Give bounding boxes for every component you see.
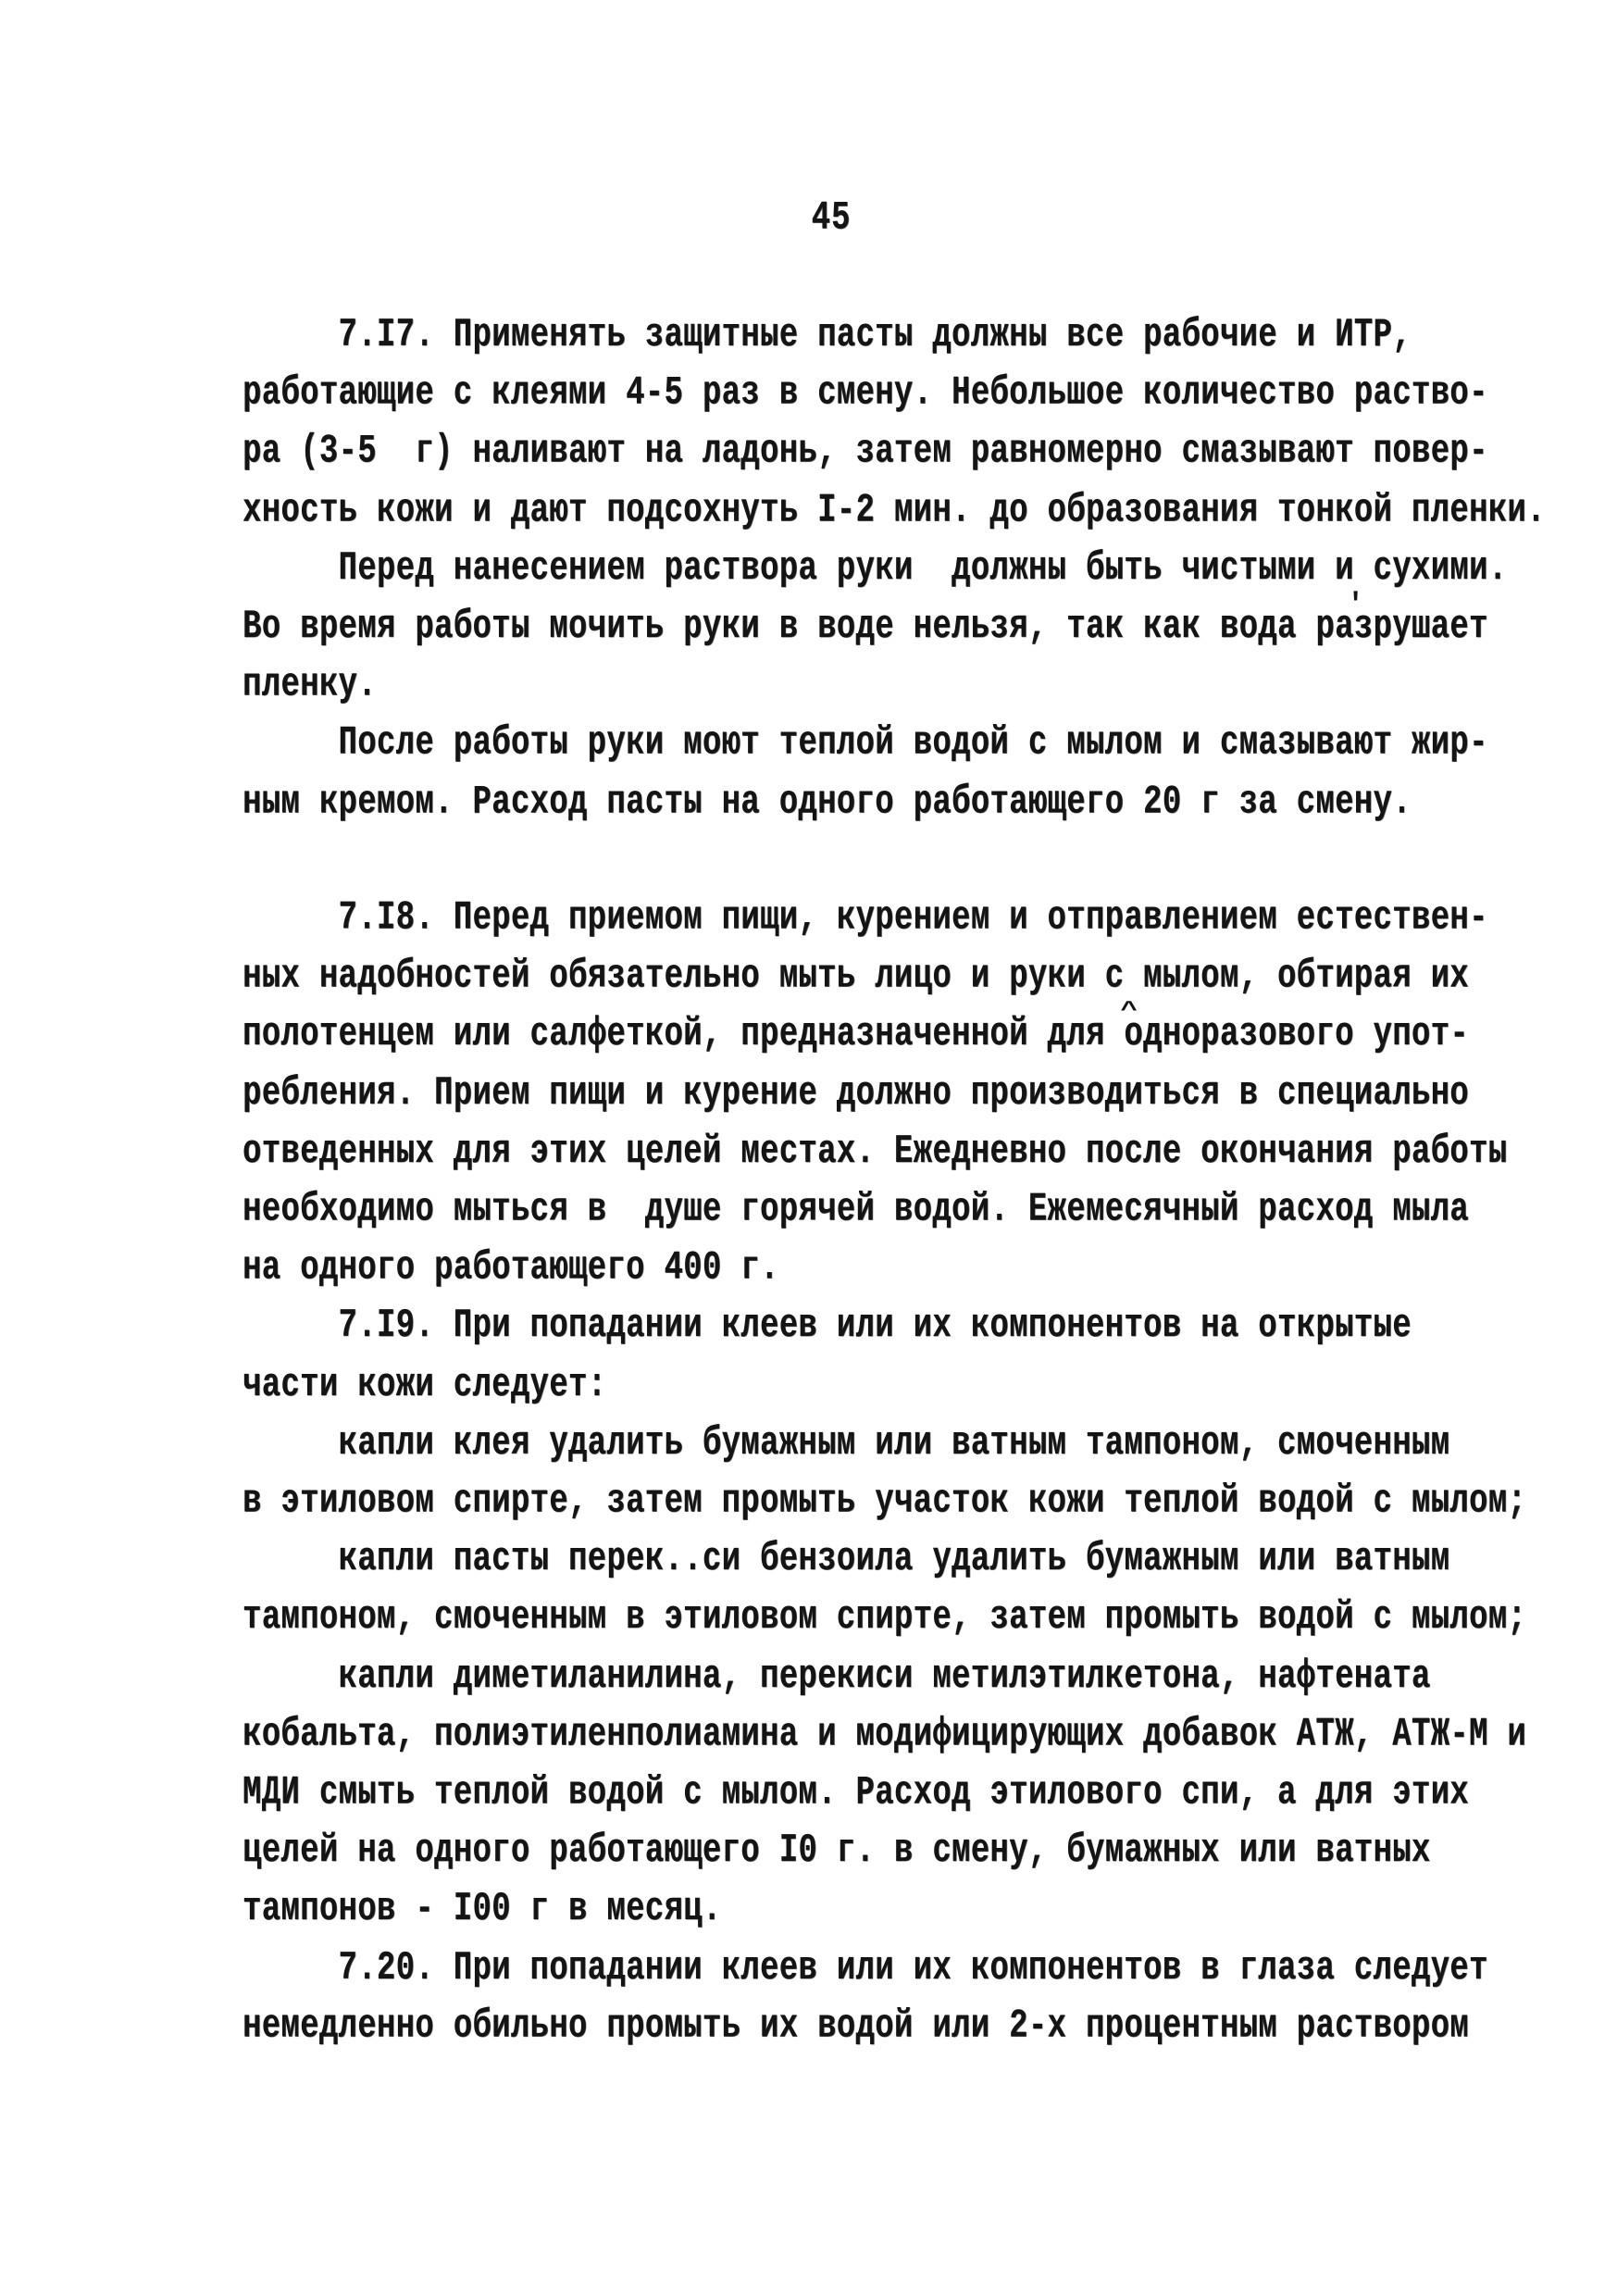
text-line: 7.20. При попадании клеев или их компоне… [243,1940,1566,1998]
document-page: 45 7.I7. Применять защитные пасты должны… [0,0,1617,2296]
text-line: 7.I7. Применять защитные пасты должны вс… [243,307,1566,366]
text-line: тампонов - I00 г в месяц. [243,1881,1566,1940]
text-line: ребления. Прием пищи и курение должно пр… [243,1066,1566,1124]
text-line: 7.I9. При попадании клеев или их компоне… [243,1299,1566,1357]
text-line: на одного работающего 400 г. [243,1241,1566,1299]
text-line: ным кремом. Расход пасты на одного работ… [243,774,1566,832]
text-line: работающие с клеями 4-5 раз в смену. Неб… [243,366,1566,424]
text-line: пленку. [243,657,1566,716]
text-line: капли диметиланилина, перекиси метилэтил… [243,1649,1566,1707]
text-line: Во время работы мочить руки в воде нельз… [243,599,1566,657]
text-line: необходимо мыться в душе горячей водой. … [243,1182,1566,1241]
text-line: полотенцем или салфеткой, предназначенно… [243,1007,1566,1066]
text-line: Перед нанесением раствора руки должны бы… [243,541,1566,599]
text-line: капли пасты перек..си бензоила удалить б… [243,1532,1566,1591]
text-line: ных надобностей обязательно мыть лицо и … [243,949,1566,1007]
page-number: 45 [812,196,852,242]
text-line: МДИ смыть теплой водой с мылом. Расход э… [243,1766,1566,1824]
text-line: в этиловом спирте, затем промыть участок… [243,1474,1566,1532]
overstrike-artifact: ^ [1120,999,1138,1020]
text-line: целей на одного работающего I0 г. в смен… [243,1823,1566,1881]
text-line: капли клея удалить бумажным или ватным т… [243,1416,1566,1474]
text-line: кобальта, полиэтиленполиамина и модифици… [243,1707,1566,1766]
text-line [243,832,1566,891]
text-line: отведенных для этих целей местах. Ежедне… [243,1124,1566,1182]
text-line: хность кожи и дают подсохнуть I-2 мин. д… [243,482,1566,541]
text-line: ра (3-5 г) наливают на ладонь, затем рав… [243,424,1566,482]
text-line: немедленно обильно промыть их водой или … [243,1998,1566,2056]
document-body: 7.I7. Применять защитные пасты должны вс… [243,307,1566,2056]
text-line: тампоном, смоченным в этиловом спирте, з… [243,1591,1566,1649]
text-line: После работы руки моют теплой водой с мы… [243,716,1566,774]
text-line: 7.I8. Перед приемом пищи, курением и отп… [243,891,1566,949]
text-line: части кожи следует: [243,1357,1566,1416]
scan-artifact: ' [1347,591,1364,620]
